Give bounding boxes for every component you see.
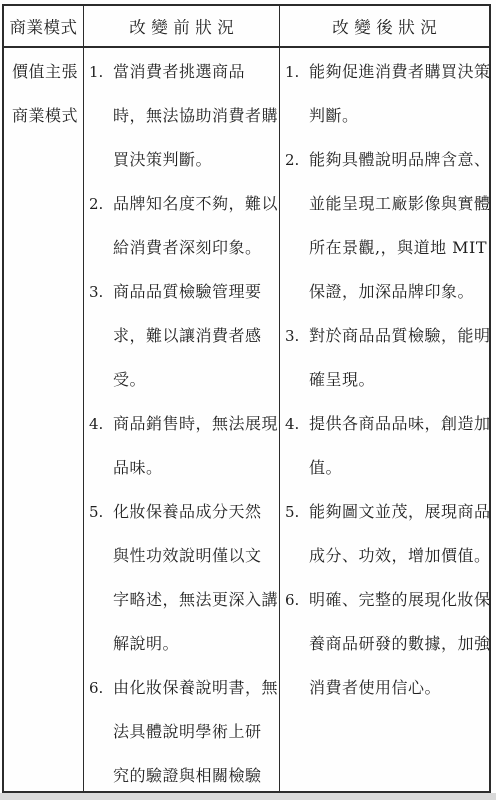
item-text-lines: 當消費者挑選商品時，無法協助消費者購買決策判斷。: [113, 50, 279, 182]
numbered-list-item: 5.化妝保養品成分天然與性功效說明僅以文字略述，無法更深入講解說明。: [87, 490, 279, 666]
numbered-list-item: 6.由化妝保養說明書，無法具體說明學術上研究的驗證與相關檢驗: [87, 666, 279, 791]
item-text-line: 求，難以讓消費者感: [113, 314, 279, 358]
item-text-line: 所在景觀,，與道地 MIT: [309, 226, 489, 270]
numbered-list-item: 5.能夠圖文並茂，展現商品成分、功效，增加價值。: [283, 490, 489, 578]
header-cell-after-change: 改變後狀況: [280, 6, 489, 46]
item-number: 6.: [283, 578, 309, 622]
item-text-line: 成分、功效，增加價值。: [309, 534, 489, 578]
cell-before-change-list: 1.當消費者挑選商品時，無法協助消費者購買決策判斷。2.品牌知名度不夠，難以給消…: [84, 48, 280, 791]
business-model-comparison-table: 商業模式 改變前狀況 改變後狀況 價值主張商業模式 1.當消費者挑選商品時，無法…: [2, 4, 491, 793]
item-number: 1.: [87, 50, 113, 94]
numbered-list-item: 1.當消費者挑選商品時，無法協助消費者購買決策判斷。: [87, 50, 279, 182]
item-text-line: 字略述，無法更深入講: [113, 578, 279, 622]
item-number: 6.: [87, 666, 113, 710]
item-text-lines: 化妝保養品成分天然與性功效說明僅以文字略述，無法更深入講解說明。: [113, 490, 279, 666]
item-text-line: 對於商品品質檢驗，能明: [309, 314, 489, 358]
item-number: 3.: [283, 314, 309, 358]
item-text-lines: 能夠圖文並茂，展現商品成分、功效，增加價值。: [309, 490, 489, 578]
item-text-lines: 由化妝保養說明書，無法具體說明學術上研究的驗證與相關檢驗: [113, 666, 279, 791]
numbered-list-item: 6.明確、完整的展現化妝保養商品研發的數據，加強消費者使用信心。: [283, 578, 489, 710]
item-text-line: 與性功效說明僅以文: [113, 534, 279, 578]
item-text-lines: 對於商品品質檢驗，能明確呈現。: [309, 314, 489, 402]
item-text-line: 能夠促進消費者購買決策: [309, 50, 489, 94]
numbered-list-item: 2.品牌知名度不夠，難以給消費者深刻印象。: [87, 182, 279, 270]
item-text-line: 法具體說明學術上研: [113, 710, 279, 754]
item-text-line: 時，無法協助消費者購: [113, 94, 279, 138]
item-text-line: 商品銷售時，無法展現: [113, 402, 279, 446]
item-text-line: 值。: [309, 446, 489, 490]
item-number: 2.: [87, 182, 113, 226]
item-text-line: 確呈現。: [309, 358, 489, 402]
item-text-line: 買決策判斷。: [113, 138, 279, 182]
item-number: 1.: [283, 50, 309, 94]
item-text-lines: 商品品質檢驗管理要求，難以讓消費者感受。: [113, 270, 279, 402]
item-text-line: 當消費者挑選商品: [113, 50, 279, 94]
item-text-line: 品味。: [113, 446, 279, 490]
table-body-row: 價值主張商業模式 1.當消費者挑選商品時，無法協助消費者購買決策判斷。2.品牌知…: [4, 48, 489, 791]
table-header-row: 商業模式 改變前狀況 改變後狀況: [4, 6, 489, 48]
item-text-line: 保證，加深品牌印象。: [309, 270, 489, 314]
row-label-line: 商業模式: [12, 94, 83, 138]
item-text-lines: 能夠促進消費者購買決策判斷。: [309, 50, 489, 138]
item-text-line: 能夠圖文並茂，展現商品: [309, 490, 489, 534]
item-text-line: 消費者使用信心。: [309, 666, 489, 710]
cell-after-change-list: 1.能夠促進消費者購買決策判斷。2.能夠具體說明品牌含意、並能呈現工廠影像與實體…: [280, 48, 489, 791]
page-bottom-edge: [0, 793, 496, 800]
numbered-list-item: 4.商品銷售時，無法展現品味。: [87, 402, 279, 490]
row-label-line: 價值主張: [12, 50, 83, 94]
item-number: 5.: [87, 490, 113, 534]
item-number: 2.: [283, 138, 309, 182]
numbered-list-item: 4.提供各商品品味，創造加值。: [283, 402, 489, 490]
item-text-line: 提供各商品品味，創造加: [309, 402, 489, 446]
item-text-line: 並能呈現工廠影像與實體: [309, 182, 489, 226]
item-text-line: 判斷。: [309, 94, 489, 138]
numbered-list-item: 2.能夠具體說明品牌含意、並能呈現工廠影像與實體所在景觀,，與道地 MIT保證，…: [283, 138, 489, 314]
item-text-line: 養商品研發的數據，加強: [309, 622, 489, 666]
item-text-line: 究的驗證與相關檢驗: [113, 754, 279, 791]
cell-row-label: 價值主張商業模式: [4, 48, 84, 791]
item-text-line: 明確、完整的展現化妝保: [309, 578, 489, 622]
item-text-line: 解說明。: [113, 622, 279, 666]
item-text-line: 化妝保養品成分天然: [113, 490, 279, 534]
scanned-document-page: 商業模式 改變前狀況 改變後狀況 價值主張商業模式 1.當消費者挑選商品時，無法…: [0, 0, 496, 800]
header-cell-business-model: 商業模式: [4, 6, 84, 46]
numbered-list-item: 1.能夠促進消費者購買決策判斷。: [283, 50, 489, 138]
item-text-line: 由化妝保養說明書，無: [113, 666, 279, 710]
item-text-lines: 明確、完整的展現化妝保養商品研發的數據，加強消費者使用信心。: [309, 578, 489, 710]
item-text-lines: 品牌知名度不夠，難以給消費者深刻印象。: [113, 182, 279, 270]
item-text-line: 能夠具體說明品牌含意、: [309, 138, 489, 182]
item-text-line: 品牌知名度不夠，難以: [113, 182, 279, 226]
numbered-list-item: 3.商品品質檢驗管理要求，難以讓消費者感受。: [87, 270, 279, 402]
item-text-lines: 能夠具體說明品牌含意、並能呈現工廠影像與實體所在景觀,，與道地 MIT保證，加深…: [309, 138, 489, 314]
item-number: 5.: [283, 490, 309, 534]
item-text-line: 給消費者深刻印象。: [113, 226, 279, 270]
item-number: 4.: [283, 402, 309, 446]
item-text-lines: 提供各商品品味，創造加值。: [309, 402, 489, 490]
item-text-line: 商品品質檢驗管理要: [113, 270, 279, 314]
numbered-list-item: 3.對於商品品質檢驗，能明確呈現。: [283, 314, 489, 402]
header-cell-before-change: 改變前狀況: [84, 6, 280, 46]
item-number: 4.: [87, 402, 113, 446]
item-text-line: 受。: [113, 358, 279, 402]
item-number: 3.: [87, 270, 113, 314]
item-text-lines: 商品銷售時，無法展現品味。: [113, 402, 279, 490]
